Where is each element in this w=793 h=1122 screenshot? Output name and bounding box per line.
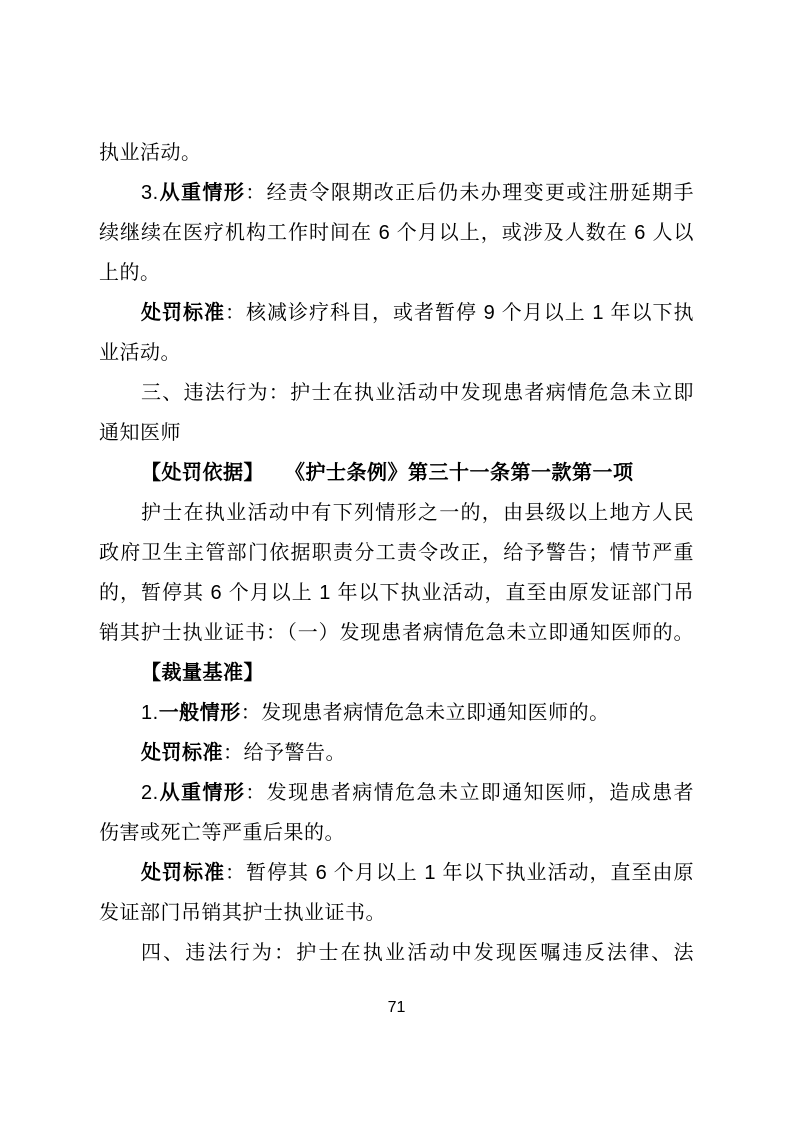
text-line: 处罚标准：给予警告。 xyxy=(99,733,694,773)
line-segment-bold: 【裁量基准】 xyxy=(141,662,264,684)
text-line: 的，暂停其 6 个月以上 1 年以下执业活动，直至由原发证部门吊 xyxy=(99,573,694,613)
text-line: 3.从重情形：经责令限期改正后仍未办理变更或注册延期手 xyxy=(99,173,694,213)
text-line-heading: 【裁量基准】 xyxy=(99,653,694,693)
text-line: 处罚标准：核减诊疗科目，或者暂停 9 个月以上 1 年以下执 xyxy=(99,293,694,333)
line-segment-bold: 处罚标准 xyxy=(141,742,223,764)
text-line: 处罚标准：暂停其 6 个月以上 1 年以下执业活动，直至由原 xyxy=(99,853,694,893)
line-segment: 三、违法行为：护士在执业活动中发现患者病情危急未立即 xyxy=(141,382,694,404)
line-segment-bold: 处罚标准 xyxy=(141,302,225,324)
line-segment: 3. xyxy=(141,182,159,204)
text-line: 2.从重情形：发现患者病情危急未立即通知医师，造成患者 xyxy=(99,773,694,813)
text-line: 四、违法行为：护士在执业活动中发现医嘱违反法律、法规、 xyxy=(99,933,694,973)
line-segment-bold: 处罚标准 xyxy=(141,862,225,884)
text-line: 上的。 xyxy=(99,253,694,293)
text-line: 执业活动。 xyxy=(99,133,694,173)
line-segment: 销其护士执业证书：（一）发现患者病情危急未立即通知医师的。 xyxy=(99,622,694,644)
line-segment: 执业活动。 xyxy=(99,142,202,164)
document-body: 执业活动。 3.从重情形：经责令限期改正后仍未办理变更或注册延期手 续继续在医疗… xyxy=(99,133,694,973)
line-segment: 伤害或死亡等严重后果的。 xyxy=(99,822,345,844)
line-segment: 发证部门吊销其护士执业证书。 xyxy=(99,902,386,924)
text-line: 三、违法行为：护士在执业活动中发现患者病情危急未立即 xyxy=(99,373,694,413)
line-segment: 通知医师 xyxy=(99,422,181,444)
text-line: 续继续在医疗机构工作时间在 6 个月以上，或涉及人数在 6 人以 xyxy=(99,213,694,253)
line-segment: 政府卫生主管部门依据职责分工责令改正，给予警告；情节严重 xyxy=(99,542,694,564)
line-segment: 的，暂停其 6 个月以上 1 年以下执业活动，直至由原发证部门吊 xyxy=(99,582,694,604)
line-segment-bold: 从重情形 xyxy=(159,182,246,204)
line-segment-bold: 一般情形 xyxy=(159,702,241,724)
line-segment: 1. xyxy=(141,702,159,724)
text-line: 销其护士执业证书：（一）发现患者病情危急未立即通知医师的。 xyxy=(99,613,694,653)
line-segment: ：发现患者病情危急未立即通知医师的。 xyxy=(241,702,610,724)
line-segment: 续继续在医疗机构工作时间在 6 个月以上，或涉及人数在 6 人以 xyxy=(99,222,694,244)
line-segment: ：暂停其 6 个月以上 1 年以下执业活动，直至由原 xyxy=(225,862,694,884)
line-segment: 2. xyxy=(141,782,159,804)
text-line: 1.一般情形：发现患者病情危急未立即通知医师的。 xyxy=(99,693,694,733)
text-line: 护士在执业活动中有下列情形之一的，由县级以上地方人民 xyxy=(99,493,694,533)
line-segment: ：经责令限期改正后仍未办理变更或注册延期手 xyxy=(245,182,694,204)
text-line: 伤害或死亡等严重后果的。 xyxy=(99,813,694,853)
line-segment-bold: 从重情形 xyxy=(159,782,246,804)
text-line: 政府卫生主管部门依据职责分工责令改正，给予警告；情节严重 xyxy=(99,533,694,573)
line-segment-bold: 【处罚依据】 《护士条例》第三十一条第一款第一项 xyxy=(141,462,634,484)
text-line: 发证部门吊销其护士执业证书。 xyxy=(99,893,694,933)
line-segment: ：给予警告。 xyxy=(223,742,346,764)
text-line-heading: 【处罚依据】 《护士条例》第三十一条第一款第一项 xyxy=(99,453,694,493)
text-line: 业活动。 xyxy=(99,333,694,373)
line-segment: 四、违法行为：护士在执业活动中发现医嘱违反法律、法规、 xyxy=(141,942,694,973)
line-segment: ：核减诊疗科目，或者暂停 9 个月以上 1 年以下执 xyxy=(225,302,694,324)
line-segment: 业活动。 xyxy=(99,342,181,364)
line-segment: 上的。 xyxy=(99,262,161,284)
line-segment: ：发现患者病情危急未立即通知医师，造成患者 xyxy=(245,782,694,804)
line-segment: 护士在执业活动中有下列情形之一的，由县级以上地方人民 xyxy=(141,502,694,524)
text-line: 通知医师 xyxy=(99,413,694,453)
page-number: 71 xyxy=(0,996,793,1020)
